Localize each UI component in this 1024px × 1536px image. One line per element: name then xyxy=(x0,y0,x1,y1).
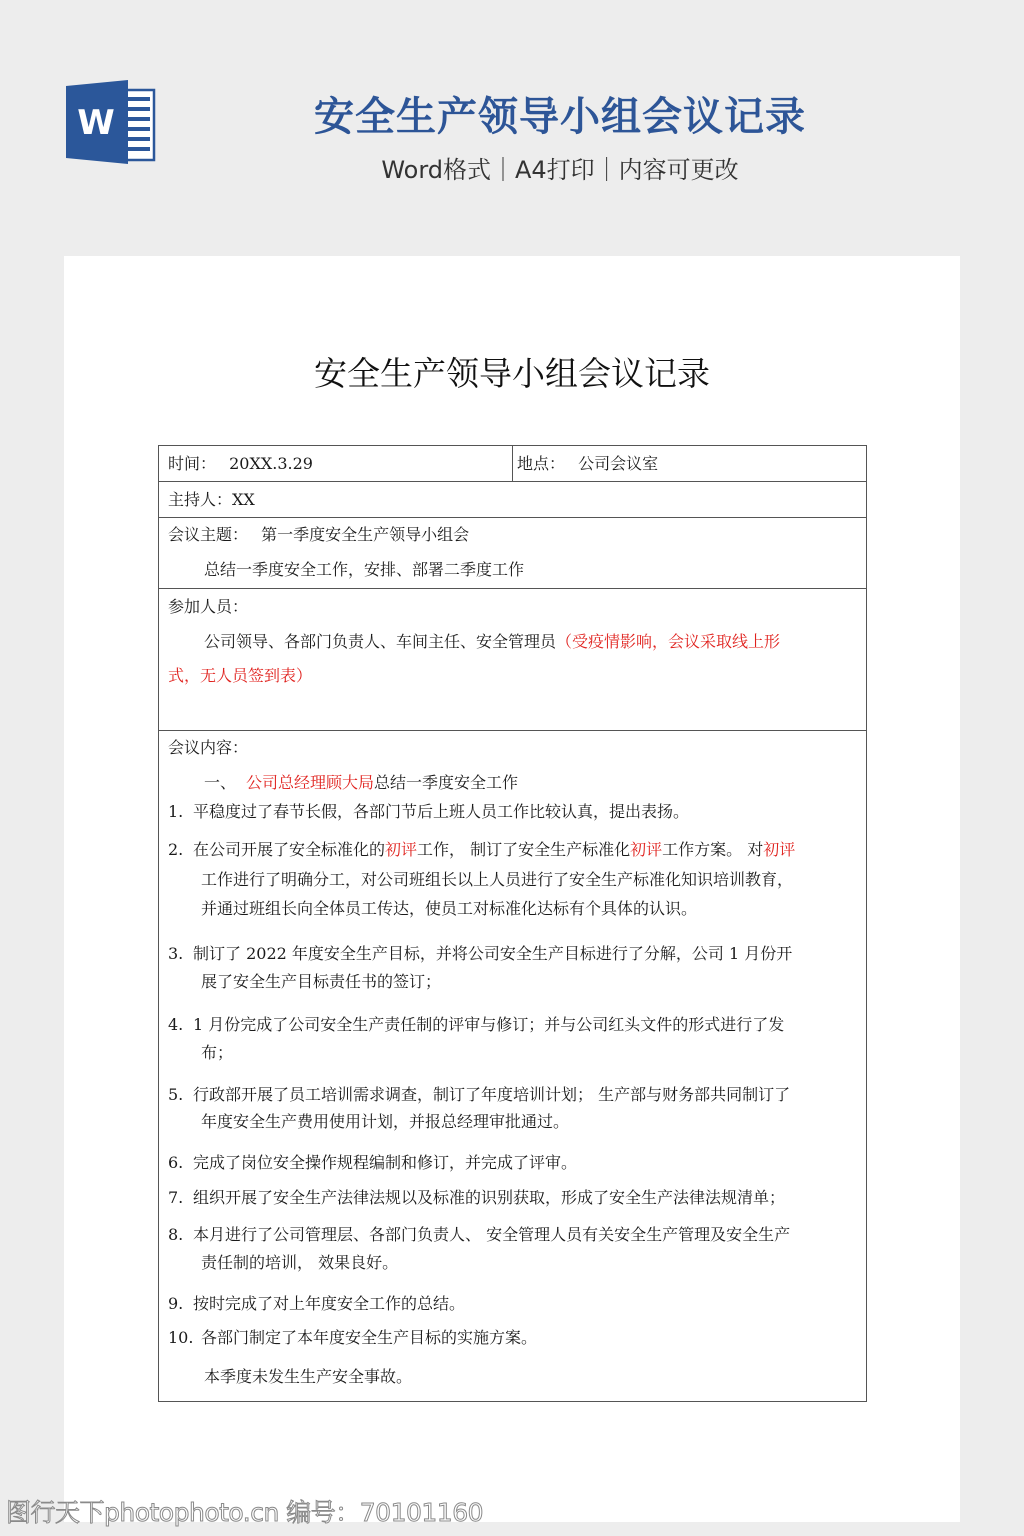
topic-value: 第一季度安全生产领导小组会 xyxy=(261,525,469,544)
location-value: 公司会议室 xyxy=(578,454,658,473)
watermark: 图行天下photophoto.cn 编号：70101160 xyxy=(6,1493,483,1529)
document-title: 安全生产领导小组会议记录 xyxy=(64,352,960,396)
attendees-note-cont: 式，无人员签到表） xyxy=(168,665,312,687)
closing-statement: 本季度未发生生产安全事故。 xyxy=(204,1366,412,1388)
hero-title: 安全生产领导小组会议记录 xyxy=(280,92,840,142)
section-speaker: 公司总经理顾大局 xyxy=(246,773,374,792)
cell-location: 地点： 公司会议室 xyxy=(513,446,866,481)
attendees-value: 公司领导、各部门负责人、车间主任、安全管理员 xyxy=(204,632,556,651)
cell-time: 时间： 20XX.3.29 xyxy=(159,446,513,481)
meeting-table: 时间： 20XX.3.29 地点： 公司会议室 主持人：XX 会议主题： 第一季… xyxy=(158,445,867,1402)
host-value: XX xyxy=(232,490,255,509)
attendees-note: （受疫情影响，会议采取线上形 xyxy=(556,632,780,651)
time-label: 时间： xyxy=(168,454,216,473)
section-heading: 一、公司总经理顾大局总结一季度安全工作 xyxy=(204,772,518,794)
section-title: 总结一季度安全工作 xyxy=(374,773,518,792)
row-content: 会议内容： 一、公司总经理顾大局总结一季度安全工作 1. 平稳度过了春节长假，各… xyxy=(159,731,866,1401)
topic-detail: 总结一季度安全工作，安排、部署二季度工作 xyxy=(204,559,524,581)
location-label: 地点： xyxy=(517,454,565,473)
hero-subtitle: Word格式｜A4打印｜内容可更改 xyxy=(300,152,820,188)
host-label: 主持人： xyxy=(168,490,232,509)
row-attendees: 参加人员： 公司领导、各部门负责人、车间主任、安全管理员（受疫情影响，会议采取线… xyxy=(159,589,866,731)
row-topic: 会议主题： 第一季度安全生产领导小组会 总结一季度安全工作，安排、部署二季度工作 xyxy=(159,518,866,589)
document-page: 安全生产领导小组会议记录 时间： 20XX.3.29 地点： 公司会议室 主持人… xyxy=(64,256,960,1522)
attendees-label: 参加人员： xyxy=(168,596,248,618)
time-value: 20XX.3.29 xyxy=(229,454,313,473)
topic-label: 会议主题： xyxy=(168,525,248,544)
row-time-location: 时间： 20XX.3.29 地点： 公司会议室 xyxy=(159,446,866,482)
row-host: 主持人：XX xyxy=(159,482,866,518)
svg-text:W: W xyxy=(77,103,115,143)
content-label: 会议内容： xyxy=(168,737,248,759)
word-icon: W xyxy=(64,80,156,164)
